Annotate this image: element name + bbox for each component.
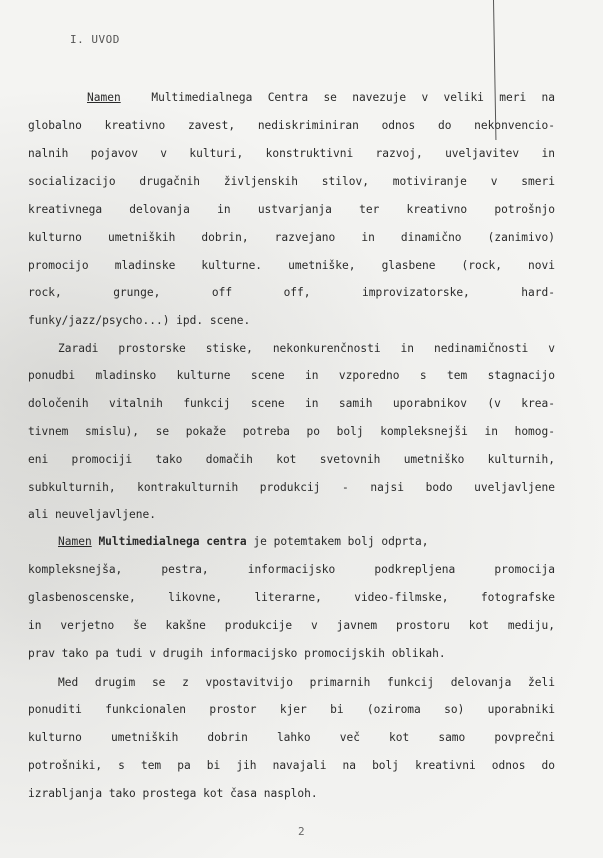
paragraph-2-line-7: ali neuveljavljene. — [28, 508, 555, 522]
paragraph-4-line-5: izrabljanja tako prostega kot časa naspl… — [28, 787, 555, 801]
paragraph-2-line-4: tivnem smislu), se pokaže potreba po bol… — [28, 425, 555, 439]
paragraph-1-line-8: rock, grunge, off off, improvizatorske, … — [28, 286, 555, 300]
paragraph-4-line-3: kulturno umetniških dobrin lahko več kot… — [28, 731, 555, 745]
paragraph-1-line-3: nalnih pojavov v kulturi, konstruktivni … — [28, 147, 555, 161]
bold-lead: Multimedialnega centra — [98, 535, 246, 548]
paragraph-4-line-2: ponuditi funkcionalen prostor kjer bi (o… — [28, 703, 555, 717]
paragraph-4-line-4: potrošniki, s tem pa bi jih navajali na … — [28, 759, 555, 773]
underlined-lead: Namen — [87, 91, 121, 104]
paragraph-1-line-1: Namen Multimedialnega Centra se navezuje… — [87, 91, 555, 105]
paragraph-3-line-4: in verjetno še kakšne produkcije v javne… — [28, 619, 555, 633]
page-number: 2 — [298, 825, 305, 838]
paragraph-2-line-1: Zaradi prostorske stiske, nekonkurenčnos… — [58, 342, 555, 356]
paragraph-2-line-5: eni promociji tako domačih kot svetovnih… — [28, 453, 555, 467]
paragraph-2-line-6: subkulturnih, kontrakulturnih produkcij … — [28, 481, 555, 495]
section-heading: I. UVOD — [70, 33, 120, 46]
scanned-page: I. UVOD Namen Multimedialnega Centra se … — [0, 0, 603, 858]
paragraph-3-line-5: prav tako pa tudi v drugih informacijsko… — [28, 647, 555, 661]
paragraph-2-line-2: ponudbi mladinsko kulturne scene in vzpo… — [28, 369, 555, 383]
paragraph-1-line-4: socializacijo drugačnih življenskih stil… — [28, 175, 555, 189]
paragraph-3-line-3: glasbenoscenske, likovne, literarne, vid… — [28, 591, 555, 605]
underlined-lead: Namen — [58, 535, 92, 548]
paragraph-1-line-5: kreativnega delovanja in ustvarjanja ter… — [28, 203, 555, 217]
paragraph-1-line-7: promocijo mladinske kulturne. umetniške,… — [28, 259, 555, 273]
paragraph-4-line-1: Med drugim se z vpostavitvijo primarnih … — [58, 676, 555, 690]
paragraph-1-line-9: funky/jazz/psycho...) ipd. scene. — [28, 314, 555, 328]
paragraph-1-line-2: globalno kreativno zavest, nediskriminir… — [28, 119, 555, 133]
paragraph-2-line-3: določenih vitalnih funkcij scene in sami… — [28, 397, 555, 411]
paragraph-1-line-6: kulturno umetniških dobrin, razvejano in… — [28, 231, 555, 245]
paragraph-3-line-2: kompleksnejša, pestra, informacijsko pod… — [28, 563, 555, 577]
paragraph-3-line-1: Namen Multimedialnega centra je potemtak… — [58, 535, 555, 549]
